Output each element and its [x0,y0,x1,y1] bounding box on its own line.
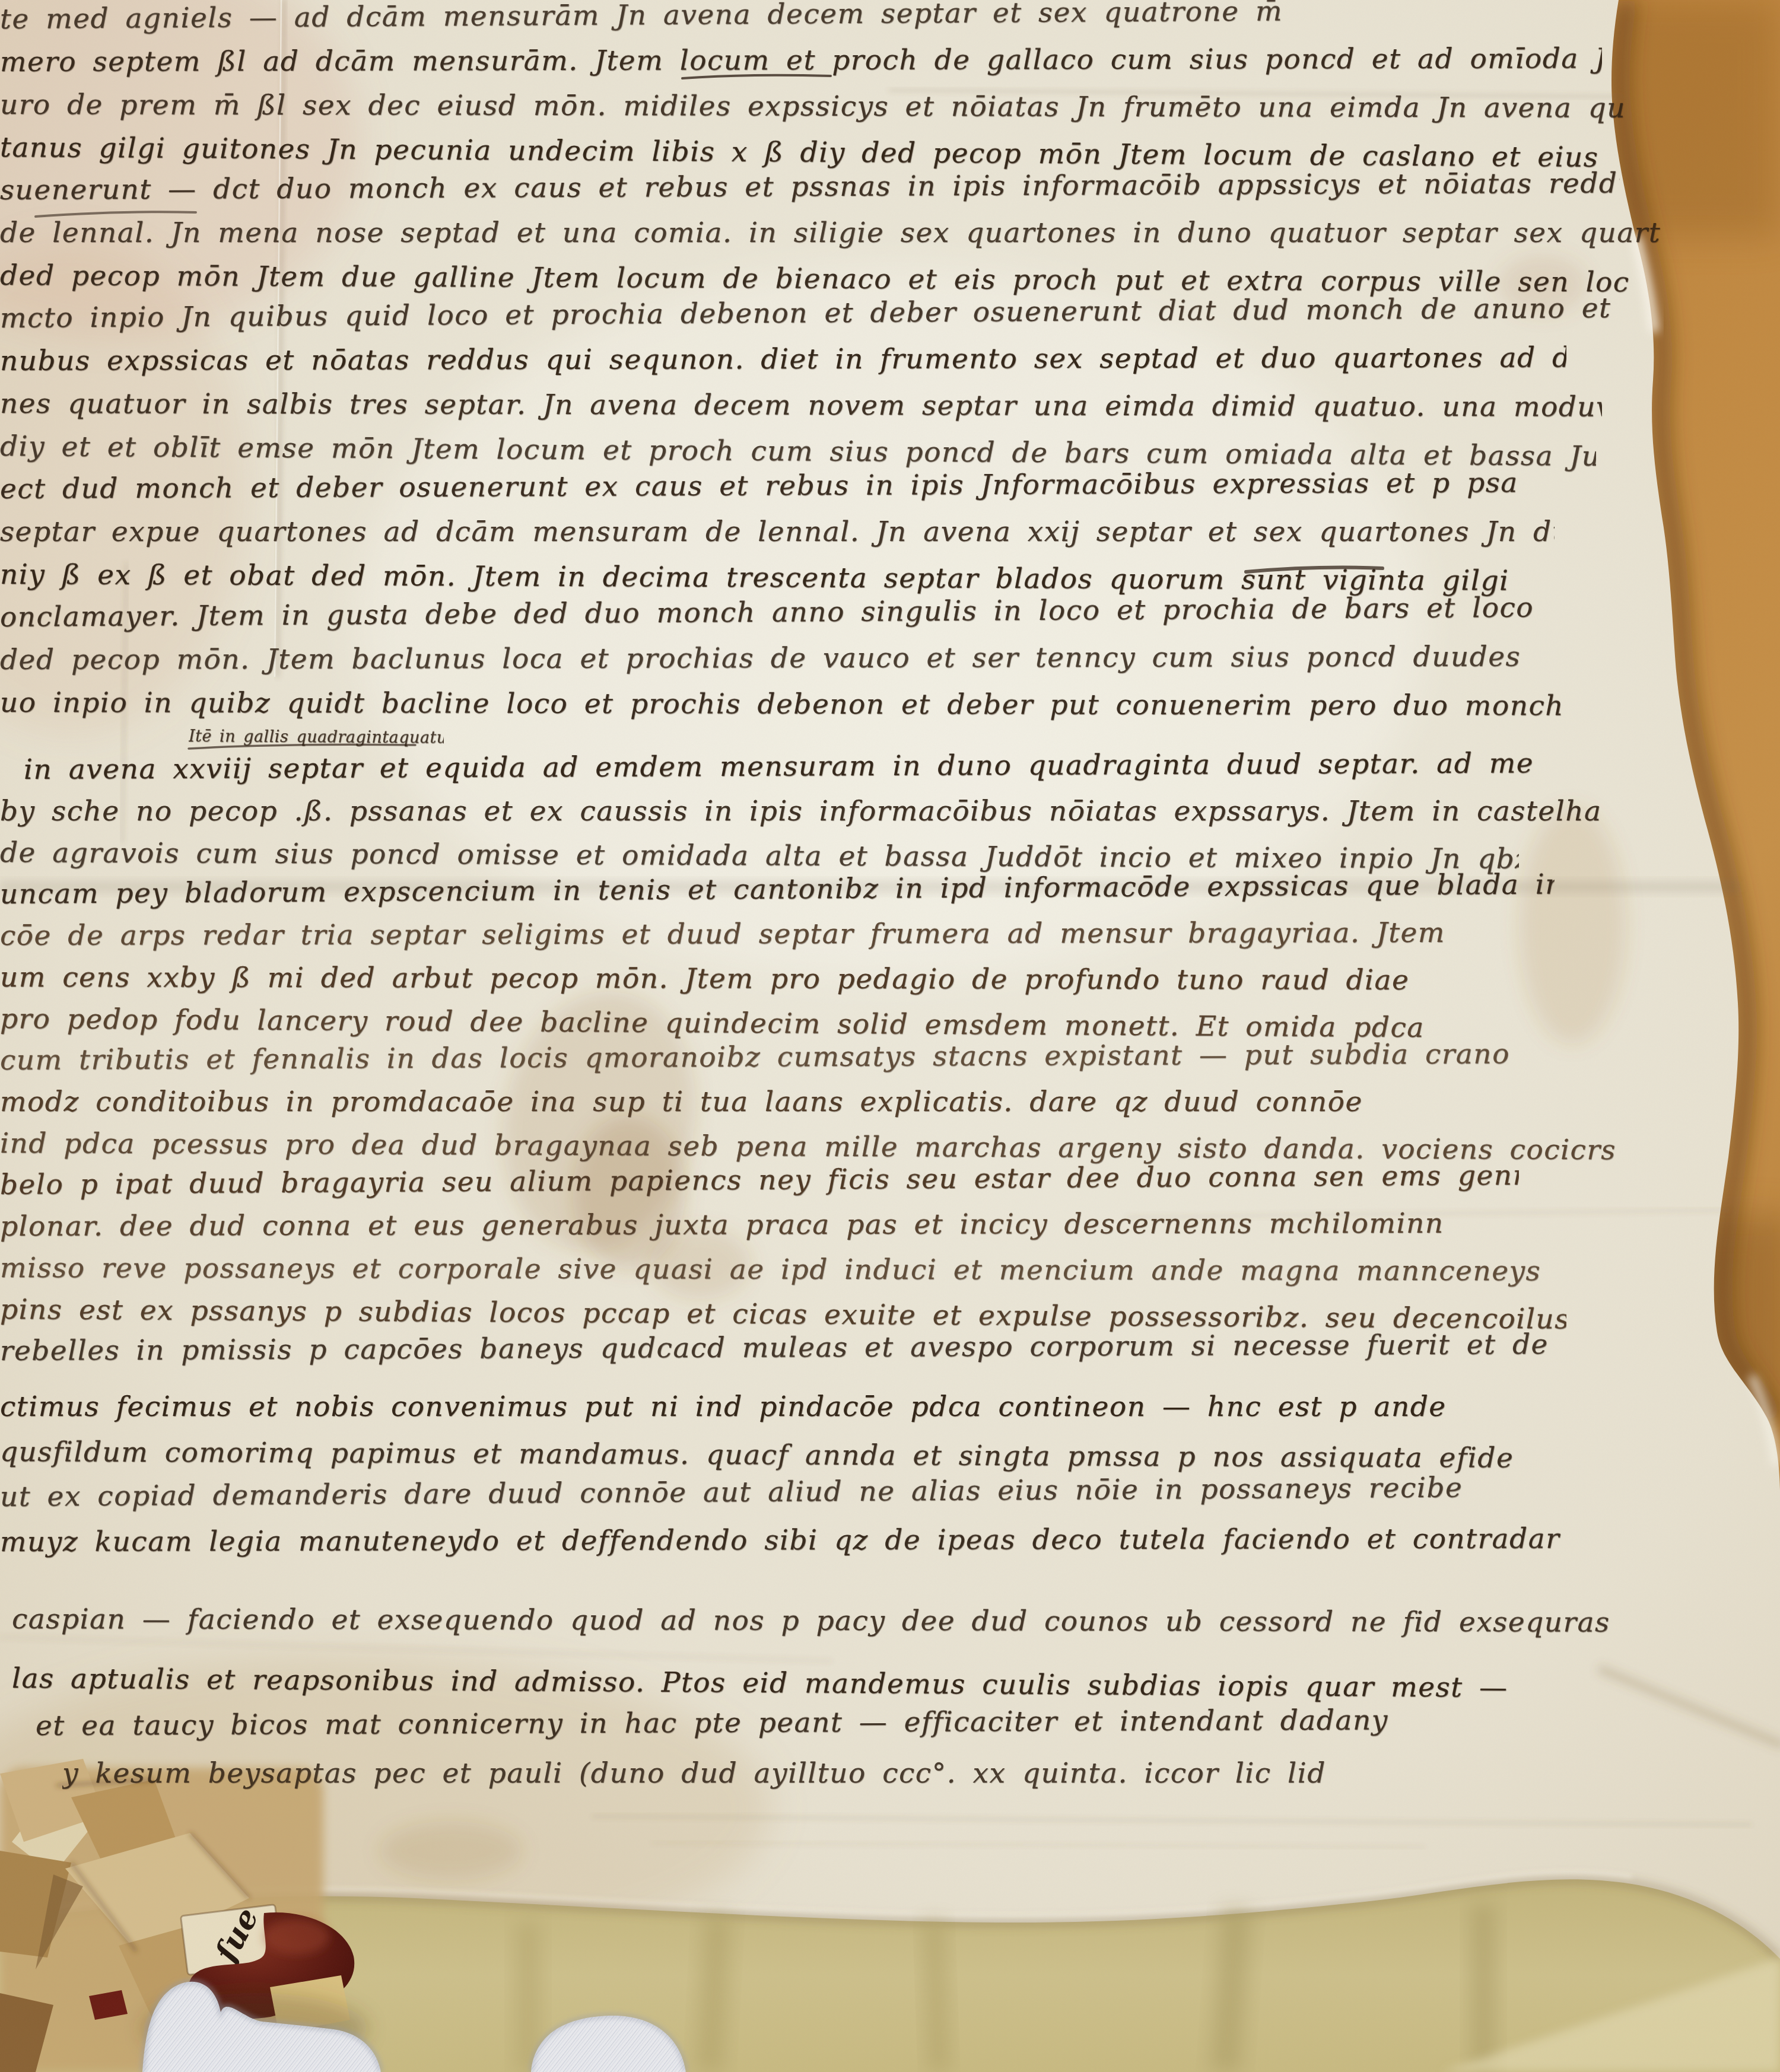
manuscript-line: ctimus fecimus et nobis convenimus put n… [0,1389,1602,1428]
manuscript-line: cum tributis et fennalis in das locis qm… [0,1036,1602,1082]
manuscript-line: rebelles in pmissis p capcōes baneys qud… [0,1326,1638,1373]
manuscript-line: y kesum beysaptas pec et pauli (duno dud… [62,1756,1546,1795]
manuscript-line: mero septem ßl ad dcām mensurām. Jtem lo… [0,41,1602,84]
manuscript-line: septar expue quartones ad dcām mensuram … [0,514,1555,553]
manuscript-line: onclamayer. Jtem in gusta debe ded duo m… [0,590,1578,639]
manuscript-text: te med agniels — ad dcām mensurām Jn ave… [0,0,1780,2072]
manuscript-line: cōe de arps redar tria septar seligims e… [0,915,1543,957]
manuscript-line: nubus expssicas et nōatas reddus qui seq… [0,340,1566,383]
manuscript-line: nes quatuor in salbis tres septar. Jn av… [0,386,1602,429]
manuscript-line: misso reve possaneys et corporale sive q… [0,1250,1602,1293]
manuscript-line: in avena xxviij septar et equida ad emde… [24,746,1590,791]
manuscript-line: plonar. dee dud conna et eus generabus j… [0,1205,1638,1248]
manuscript-photo: ſue te med agniels — ad dcām mensurām Jn… [0,0,1780,2072]
manuscript-line: et ea taucy bicos mat connicerny in hac … [36,1702,1649,1748]
manuscript-line: um cens xxby ß mi ded arbut pecop mōn. J… [0,960,1507,1002]
manuscript-line: muyz kucam legia manuteneydo et deffende… [0,1521,1578,1564]
manuscript-line: uo inpio in quibz quidt bacline loco et … [0,685,1590,728]
manuscript-line: by sche no pecop .ß. pssanas et ex causs… [0,794,1602,833]
manuscript-line: ded pecop mōn. Jtem baclunus loca et pro… [0,639,1543,682]
interlinear-note: Itē in gallis quadragintaquatuor — [189,727,444,750]
manuscript-line: ect dud monch et deber osuenerunt ex cau… [0,465,1519,511]
manuscript-line: modz conditoibus in promdacaōe ina sup t… [0,1084,1555,1123]
manuscript-line: caspian — faciendo et exsequendo quod ad… [12,1602,1721,1644]
manuscript-line: de lennal. Jn mena nose septad et una co… [0,215,1661,254]
manuscript-line: te med agniels — ad dcām mensurām Jn ave… [0,0,1531,41]
manuscript-line: suenerunt — dct duo monch ex caus et reb… [0,166,1620,212]
manuscript-line: uro de prem m̄ ßl sex dec eiusd mōn. mid… [0,87,1626,130]
manuscript-line: ut ex copiad demanderis dare duud connōe… [0,1469,1602,1519]
